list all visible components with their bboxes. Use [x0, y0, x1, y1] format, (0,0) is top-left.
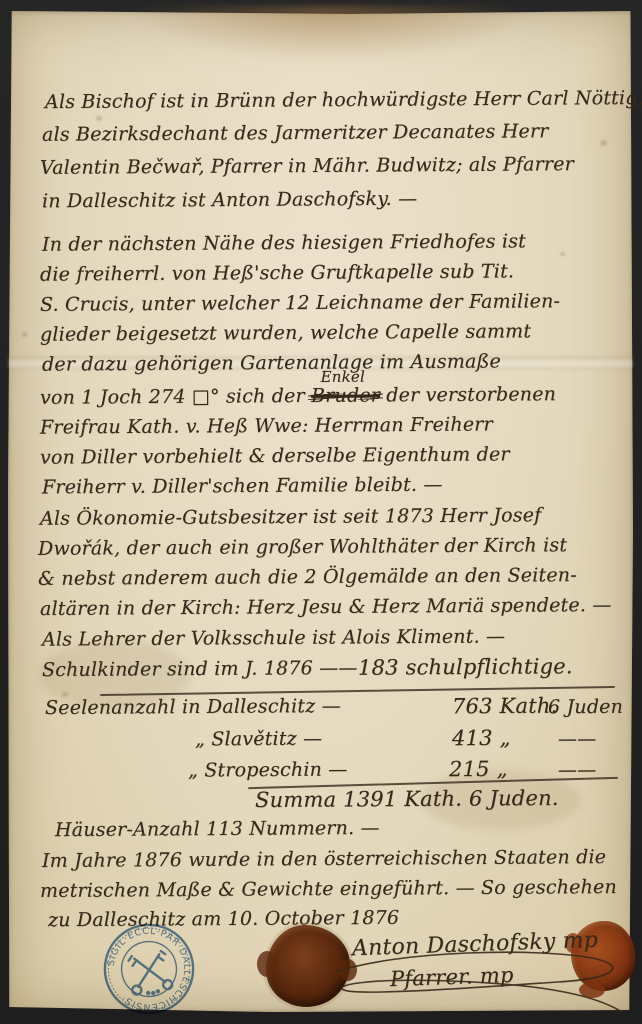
manuscript-line: altären in der Kirch: Herz Jesu & Herz M…	[40, 595, 612, 620]
manuscript-line: glieder beigesetzt wurden, welche Capell…	[40, 321, 531, 345]
manuscript-line: in Dalleschitz ist Anton Daschofsky. —	[42, 189, 417, 213]
stat-label: „ Stropeschin —	[188, 759, 348, 781]
manuscript-line: als Bezirksdechant des Jarmeritzer Decan…	[42, 121, 549, 145]
stat-label: Schulkinder sind im J. 1876 ——	[42, 658, 358, 681]
stain	[128, 6, 533, 62]
stat-value: 413 „	[452, 727, 511, 751]
manuscript-line: & nebst anderem auch die 2 Ölgemälde an …	[38, 565, 577, 590]
line-text: von 1 Joch 274 □° sich der	[40, 385, 311, 409]
signature-flourish	[330, 948, 632, 1022]
manuscript-line: Freiherr v. Diller'schen Familie bleibt.…	[42, 475, 443, 499]
manuscript-scan: Als Bischof ist in Brünn der hochwürdigs…	[0, 0, 642, 1024]
manuscript-line: die freiherrl. von Heß'sche Gruftkapelle…	[40, 261, 514, 285]
stain	[96, 116, 102, 121]
stain	[560, 252, 565, 256]
stat-value: 763 Kath.	[452, 695, 558, 719]
houses-line: Häuser-Anzahl 113 Nummern. —	[55, 818, 380, 841]
manuscript-line: der dazu gehörigen Gartenanlage im Ausma…	[42, 351, 501, 375]
manuscript-line: In der nächsten Nähe des hiesigen Friedh…	[42, 231, 526, 255]
manuscript-line: Als Lehrer der Volksschule ist Alois Kli…	[42, 626, 505, 650]
stat-extra: ——	[558, 729, 597, 750]
inserted-word: Enkel	[320, 369, 364, 386]
manuscript-line: Als Bischof ist in Brünn der hochwürdigs…	[45, 88, 642, 113]
manuscript-line: von Diller vorbehielt & derselbe Eigenth…	[40, 444, 510, 468]
stat-label: „ Slavětitz —	[195, 729, 322, 751]
stain	[600, 140, 607, 146]
manuscript-line: S. Crucis, unter welcher 12 Leichname de…	[40, 291, 560, 316]
manuscript-line: Valentin Bečwař, Pfarrer in Mähr. Budwit…	[40, 154, 574, 179]
parish-stamp: SIGIL·ECCL·PAR·DALLESCHICENSIS·	[92, 912, 206, 1024]
struck-word: BruderEnkel	[311, 384, 380, 406]
stat-label: Seelenanzahl in Dalleschitz —	[45, 696, 341, 719]
manuscript-line: Dwořák, der auch ein großer Wohlthäter d…	[38, 535, 567, 560]
stat-value: 215 „	[449, 758, 508, 782]
manuscript-line: Als Ökonomie-Gutsbesitzer ist seit 1873 …	[40, 505, 541, 529]
manuscript-line: Im Jahre 1876 wurde in den österreichisc…	[42, 847, 606, 872]
manuscript-line: metrischen Maße & Gewichte eingeführt. —…	[40, 877, 617, 902]
summa-line: Summa 1391 Kath. 6 Juden.	[255, 787, 559, 812]
stat-extra: 6 Juden	[548, 697, 623, 718]
manuscript-line-corrected: von 1 Joch 274 □° sich der BruderEnkel d…	[40, 384, 556, 408]
manuscript-line: Freifrau Kath. v. Heß Wwe: Herrman Freih…	[40, 414, 493, 438]
stat-value: 183 schulpflichtige.	[358, 655, 573, 680]
stain	[22, 332, 27, 337]
line-text: der verstorbenen	[380, 383, 556, 406]
